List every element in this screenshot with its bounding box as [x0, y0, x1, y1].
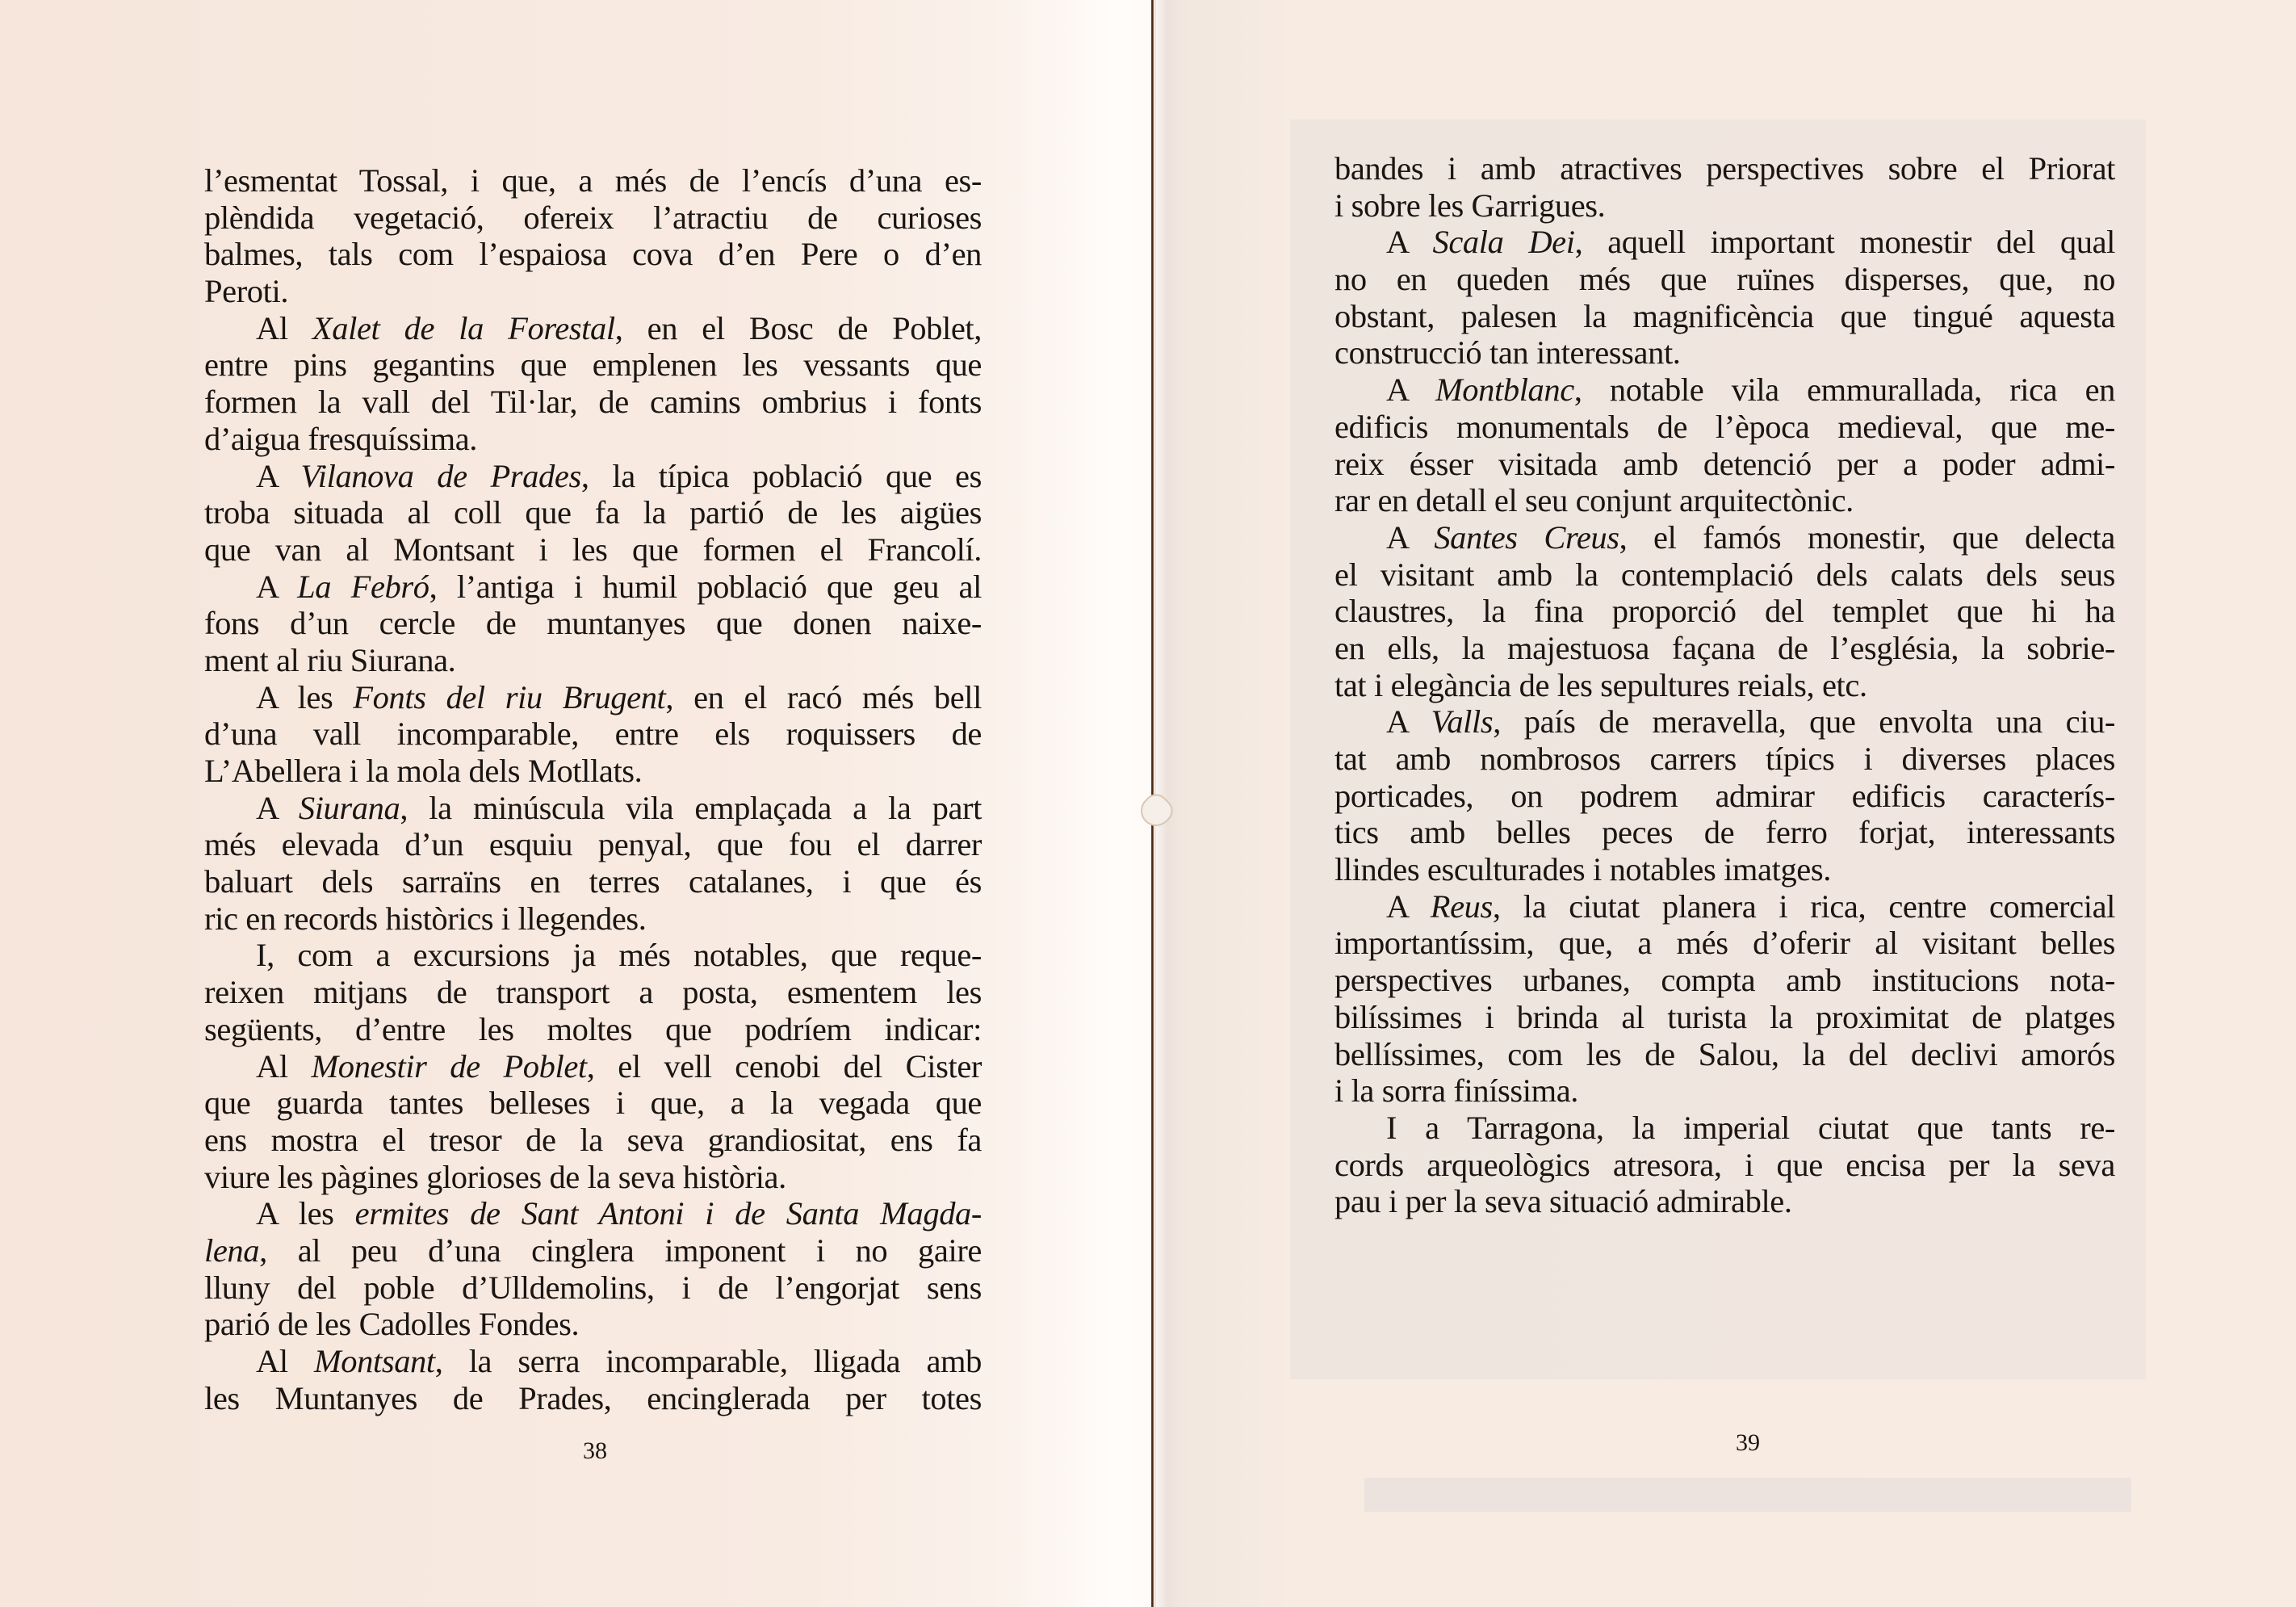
text-line: parió de les Cadolles Fondes. [204, 1306, 982, 1343]
text-run: I, com a excursions ja més notables, que… [256, 937, 982, 973]
text-run: formen la vall del Til·lar, de camins om… [204, 384, 982, 420]
text-line: I a Tarragona, la imperial ciutat que ta… [1334, 1110, 2115, 1147]
text-line: cords arqueològics atresora, i que encis… [1334, 1147, 2115, 1184]
text-line: baluart dels sarraïns en terres catalane… [204, 863, 982, 900]
page-number-left: 38 [583, 1437, 607, 1465]
text-line: bellíssimes, com les de Salou, la del de… [1334, 1036, 2115, 1073]
italic-place-name: Fonts del riu Brugent [353, 679, 665, 715]
text-run: lluny del poble d’Ulldemolins, i de l’en… [204, 1269, 982, 1306]
text-line: l’esmentat Tossal, i que, a més de l’enc… [204, 162, 982, 199]
text-run: tat i elegància de les sepultures reials… [1334, 667, 1867, 703]
text-run: i la sorra finíssima. [1334, 1072, 1578, 1109]
italic-place-name: Montsant [314, 1343, 435, 1379]
text-run: d’aigua fresquíssima. [204, 421, 477, 457]
text-line: obstant, palesen la magnificència que ti… [1334, 298, 2115, 335]
text-run: edificis monumentals de l’època medieval… [1334, 409, 2115, 445]
text-line: següents, d’entre les moltes que podríem… [204, 1011, 982, 1048]
text-run: reix ésser visitada amb detenció per a p… [1334, 446, 2115, 482]
book-spread: l’esmentat Tossal, i que, a més de l’enc… [0, 0, 2296, 1607]
text-line: i la sorra finíssima. [1334, 1072, 2115, 1110]
text-run: construcció tan interessant. [1334, 334, 1681, 371]
text-run: parió de les Cadolles Fondes. [204, 1306, 579, 1342]
text-run: , el famós monestir, que delecta [1619, 519, 2115, 556]
text-line: porticades, on podrem admirar edificis c… [1334, 778, 2115, 815]
text-run: A [1386, 519, 1434, 556]
text-run: reixen mitjans de transport a posta, esm… [204, 974, 982, 1010]
text-run: que van al Montsant i les que formen el … [204, 531, 982, 568]
text-run: fons d’un cercle de muntanyes que donen … [204, 605, 982, 641]
text-line: A les Fonts del riu Brugent, en el racó … [204, 679, 982, 716]
text-line: llindes esculturades i notables imatges. [1334, 851, 2115, 888]
text-line: edificis monumentals de l’època medieval… [1334, 409, 2115, 446]
text-line: i sobre les Garrigues. [1334, 187, 2115, 224]
text-run: obstant, palesen la magnificència que ti… [1334, 298, 2115, 334]
text-run: , aquell important monestir del qual [1575, 224, 2115, 260]
text-line: A Scala Dei, aquell important monestir d… [1334, 224, 2115, 261]
text-line: construcció tan interessant. [1334, 334, 2115, 371]
text-run: l’esmentat Tossal, i que, a més de l’enc… [204, 162, 982, 199]
text-run: d’una vall incomparable, entre els roqui… [204, 715, 982, 752]
text-run: que guarda tantes belleses i que, a la v… [204, 1085, 982, 1121]
text-line: perspectives urbanes, compta amb institu… [1334, 962, 2115, 999]
text-run: I a Tarragona, la imperial ciutat que ta… [1386, 1110, 2115, 1146]
text-line: ment al riu Siurana. [204, 642, 982, 679]
text-run: Al [256, 1343, 314, 1379]
text-run: A [1386, 703, 1431, 740]
text-run: Al [256, 310, 312, 346]
text-line: lluny del poble d’Ulldemolins, i de l’en… [204, 1269, 982, 1307]
text-run: , en el racó més bell [665, 679, 982, 715]
text-line: balmes, tals com l’espaiosa cova d’en Pe… [204, 236, 982, 273]
text-line: rar en detall el seu conjunt arquitectòn… [1334, 482, 2115, 519]
text-run: claustres, la fina proporció del templet… [1334, 593, 2115, 629]
text-run: següents, d’entre les moltes que podríem… [204, 1011, 982, 1047]
text-run: ment al riu Siurana. [204, 642, 455, 678]
text-line: claustres, la fina proporció del templet… [1334, 593, 2115, 630]
text-line: plèndida vegetació, ofereix l’atractiu d… [204, 199, 982, 237]
text-line: el visitant amb la contemplació dels cal… [1334, 556, 2115, 594]
text-run: entre pins gegantins que emplenen les ve… [204, 346, 982, 383]
text-line: tics amb belles peces de ferro forjat, i… [1334, 814, 2115, 851]
text-run: A [1386, 888, 1431, 925]
text-run: Peroti. [204, 273, 288, 309]
text-run: cords arqueològics atresora, i que encis… [1334, 1147, 2115, 1183]
italic-place-name: Santes Creus [1434, 519, 1619, 556]
text-line: entre pins gegantins que emplenen les ve… [204, 346, 982, 384]
text-line: lena, al peu d’una cinglera imponent i n… [204, 1232, 982, 1269]
text-run: no en queden més que ruïnes disperses, q… [1334, 261, 2115, 297]
text-run: A [256, 458, 300, 494]
text-line: A Valls, país de meravella, que envolta … [1334, 703, 2115, 741]
text-line: formen la vall del Til·lar, de camins om… [204, 384, 982, 421]
text-line: A Siurana, la minúscula vila emplaçada a… [204, 790, 982, 827]
text-line: Al Monestir de Poblet, el vell cenobi de… [204, 1048, 982, 1085]
text-line: ric en records històrics i llegendes. [204, 900, 982, 938]
text-run: A les [256, 1195, 355, 1231]
italic-place-name: lena [204, 1232, 259, 1269]
italic-place-name: Valls [1431, 703, 1493, 740]
text-run: , la ciutat planera i rica, centre comer… [1493, 888, 2115, 925]
text-line: que guarda tantes belleses i que, a la v… [204, 1085, 982, 1122]
text-run: més elevada d’un esquiu penyal, que fou … [204, 826, 982, 862]
text-line: A les ermites de Sant Antoni i de Santa … [204, 1195, 982, 1232]
text-run: i sobre les Garrigues. [1334, 187, 1605, 224]
text-run: importantíssim, que, a més d’oferir al v… [1334, 925, 2115, 961]
italic-place-name: Reus [1431, 888, 1493, 925]
text-run: llindes esculturades i notables imatges. [1334, 851, 1831, 887]
text-run: el visitant amb la contemplació dels cal… [1334, 556, 2115, 593]
text-line: que van al Montsant i les que formen el … [204, 531, 982, 569]
text-line: d’aigua fresquíssima. [204, 421, 982, 458]
text-run: tat amb nombrosos carrers típics i diver… [1334, 741, 2115, 777]
italic-place-name: La Febró [297, 569, 429, 605]
left-page-body-text: l’esmentat Tossal, i que, a més de l’enc… [204, 162, 982, 1416]
italic-place-name: Xalet de la Forestal [312, 310, 615, 346]
text-line: A Santes Creus, el famós monestir, que d… [1334, 519, 2115, 556]
text-line: no en queden més que ruïnes disperses, q… [1334, 261, 2115, 298]
text-line: tat amb nombrosos carrers típics i diver… [1334, 741, 2115, 778]
text-run: perspectives urbanes, compta amb institu… [1334, 962, 2115, 998]
text-run: A [1386, 371, 1435, 408]
text-run: , el vell cenobi del Cister [587, 1048, 982, 1085]
text-line: pau i per la seva situació admirable. [1334, 1183, 2115, 1220]
text-run: , la minúscula vila emplaçada a la part [400, 790, 982, 826]
text-run: en ells, la majestuosa façana de l’esglé… [1334, 630, 2115, 666]
text-run: bilíssimes i brinda al turista la proxim… [1334, 999, 2115, 1035]
text-line: fons d’un cercle de muntanyes que donen … [204, 605, 982, 642]
right-page-body-text: bandes i amb atractives perspectives sob… [1334, 150, 2115, 1220]
text-run: A [256, 569, 297, 605]
text-line: les Muntanyes de Prades, encinglerada pe… [204, 1380, 982, 1417]
text-run: Al [256, 1048, 311, 1085]
italic-place-name: Monestir de Poblet [311, 1048, 586, 1085]
italic-place-name: Scala Dei [1432, 224, 1574, 260]
text-run: , en el Bosc de Poblet, [615, 310, 982, 346]
text-line: A Reus, la ciutat planera i rica, centre… [1334, 888, 2115, 925]
italic-place-name: ermites de Sant Antoni i de Santa Magda- [355, 1195, 982, 1231]
italic-place-name: Siurana [299, 790, 400, 826]
text-line: viure les pàgines glorioses de la seva h… [204, 1159, 982, 1196]
text-run: , país de meravella, que envolta una ciu… [1493, 703, 2115, 740]
text-line: tat i elegància de les sepultures reials… [1334, 667, 2115, 704]
text-line: ens mostra el tresor de la seva grandios… [204, 1122, 982, 1159]
text-line: A Vilanova de Prades, la típica població… [204, 458, 982, 495]
text-line: reixen mitjans de transport a posta, esm… [204, 974, 982, 1011]
text-run: pau i per la seva situació admirable. [1334, 1183, 1792, 1219]
text-line: reix ésser visitada amb detenció per a p… [1334, 446, 2115, 483]
text-run: viure les pàgines glorioses de la seva h… [204, 1159, 786, 1195]
text-run: , al peu d’una cinglera imponent i no ga… [259, 1232, 982, 1269]
text-line: Al Montsant, la serra incomparable, llig… [204, 1343, 982, 1380]
text-run: , la serra incomparable, lligada amb [435, 1343, 982, 1379]
text-run: L’Abellera i la mola dels Motllats. [204, 753, 642, 789]
text-run: , notable vila emmurallada, rica en [1574, 371, 2115, 408]
text-run: baluart dels sarraïns en terres catalane… [204, 863, 982, 900]
text-line: L’Abellera i la mola dels Motllats. [204, 753, 982, 790]
text-line: Al Xalet de la Forestal, en el Bosc de P… [204, 310, 982, 347]
text-run: ric en records històrics i llegendes. [204, 900, 647, 937]
italic-place-name: Vilanova de Prades [300, 458, 580, 494]
text-line: I, com a excursions ja més notables, que… [204, 937, 982, 974]
text-line: d’una vall incomparable, entre els roqui… [204, 715, 982, 753]
text-run: balmes, tals com l’espaiosa cova d’en Pe… [204, 236, 982, 272]
text-line: A Montblanc, notable vila emmurallada, r… [1334, 371, 2115, 409]
text-line: Peroti. [204, 273, 982, 310]
italic-place-name: Montblanc [1435, 371, 1574, 408]
text-line: en ells, la majestuosa façana de l’esglé… [1334, 630, 2115, 667]
show-through-caption [1364, 1478, 2131, 1512]
text-run: porticades, on podrem admirar edificis c… [1334, 778, 2115, 814]
text-line: bilíssimes i brinda al turista la proxim… [1334, 999, 2115, 1036]
text-line: més elevada d’un esquiu penyal, que fou … [204, 826, 982, 863]
text-run: plèndida vegetació, ofereix l’atractiu d… [204, 199, 982, 236]
text-run: les Muntanyes de Prades, encinglerada pe… [204, 1380, 982, 1416]
text-run: ens mostra el tresor de la seva grandios… [204, 1122, 982, 1158]
text-run: A [256, 790, 299, 826]
text-run: rar en detall el seu conjunt arquitectòn… [1334, 482, 1854, 518]
text-run: tics amb belles peces de ferro forjat, i… [1334, 814, 2115, 850]
text-run: bandes i amb atractives perspectives sob… [1334, 150, 2115, 187]
text-line: bandes i amb atractives perspectives sob… [1334, 150, 2115, 187]
text-run: , l’antiga i humil població que geu al [429, 569, 982, 605]
text-line: troba situada al coll que fa la partió d… [204, 494, 982, 531]
text-run: A [1386, 224, 1432, 260]
text-run: , la típica població que es [581, 458, 982, 494]
text-run: A les [256, 679, 353, 715]
text-run: troba situada al coll que fa la partió d… [204, 494, 982, 531]
text-line: importantíssim, que, a més d’oferir al v… [1334, 925, 2115, 962]
page-number-right: 39 [1736, 1429, 1760, 1457]
text-run: bellíssimes, com les de Salou, la del de… [1334, 1036, 2115, 1072]
text-line: A La Febró, l’antiga i humil població qu… [204, 569, 982, 606]
